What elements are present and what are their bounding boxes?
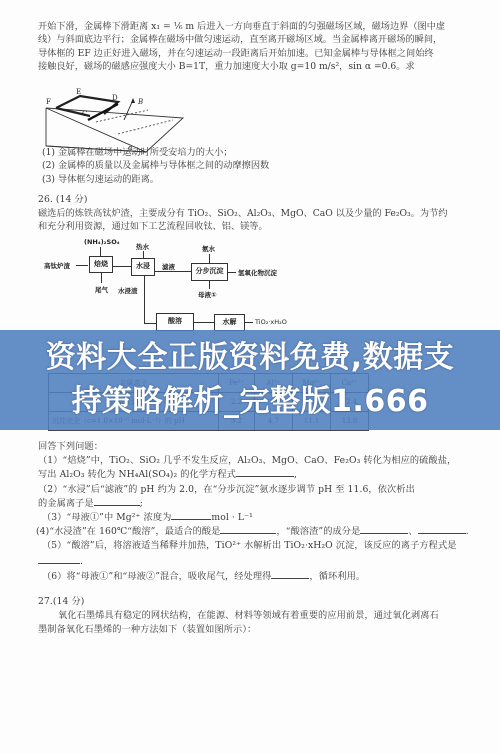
banner-title-line2: 持策略解析_完整版1.666 xyxy=(0,382,500,422)
document-page: 开始下滑，金属棒下滑距离 x₁ = ⅙ m 后进入一方向垂直于斜面的匀强磁场区域… xyxy=(0,0,500,754)
q26-6: （6）将“母液①”和“母液②”混合，吸收尾气，经处理得，循环利用。 xyxy=(42,570,365,583)
reagent-ammonia: 氨水 xyxy=(202,244,215,253)
q26-2-line1: （2）“水浸”后“滤液”的 pH 约为 2.0，在“分步沉淀”氨水逐步调节 pH… xyxy=(38,483,415,496)
answer-blank xyxy=(271,570,309,579)
answer-blank xyxy=(220,525,276,534)
input-slag: 高钛炉渣 xyxy=(44,261,70,270)
label-B: B xyxy=(137,98,143,106)
box-water-leach: 水浸 xyxy=(131,258,155,276)
answer-blank xyxy=(418,525,466,534)
q26-3-unit: mol · L⁻¹ xyxy=(211,512,252,523)
text-line: 开始下滑，金属棒下滑距离 x₁ = ⅙ m 后进入一方向垂直于斜面的匀强磁场区域… xyxy=(38,20,445,33)
q26-1-line1: （1）“焙烧”中，TiO₂、SiO₂ 几乎不发生反应，Al₂O₃、MgO、CaO… xyxy=(38,454,456,467)
q26-4-text2: ，“酸溶渣”的成分是 xyxy=(276,526,360,537)
q26-5-blank-line: . xyxy=(38,555,83,568)
answer-blank xyxy=(236,468,294,477)
problem27-intro-line1: 氧化石墨烯具有稳定的网状结构，在能源、材料等领域有着重要的应用前景，通过氧化剥离… xyxy=(58,609,439,622)
q26-6-text2: ，循环利用。 xyxy=(309,571,365,582)
text-line: 接触良好，磁场的磁感应强度大小 B=1T，重力加速度大小取 g=10 m/s²，… xyxy=(38,60,445,73)
label-F: F xyxy=(46,98,51,106)
question-2: (2) 金属棒的质量以及金属棒与导体框之间的动摩擦因数 xyxy=(42,159,269,172)
problem27-header: 27.(14 分) xyxy=(38,595,84,608)
reagent-hot-water: 热水 xyxy=(136,242,149,251)
box-roasting: 焙烧 xyxy=(89,256,113,273)
label-leach-residue: 水浸渣 xyxy=(118,286,138,295)
box-stepwise-precipitation: 分步沉淀 xyxy=(191,263,228,281)
q26-4-text: (4)“水浸渣”在 160℃“酸溶”，最适合的酸是 xyxy=(36,526,220,537)
label-D: D xyxy=(112,94,118,102)
q26-3: （3）“母液①”中 Mg²⁺ 浓度为mol · L⁻¹ xyxy=(42,511,253,524)
problem26-header: 26. (14 分) xyxy=(38,193,88,206)
problem27-intro-line2: 墨制备氧化石墨烯的一种方法如下（装置如图所示）： xyxy=(38,623,256,636)
answer-blank xyxy=(94,497,140,506)
label-filtrate: 滤液 xyxy=(162,262,175,271)
q26-6-text: （6）将“母液①”和“母液②”混合，吸收尾气，经处理得 xyxy=(42,571,271,582)
banner-title-line1: 资料大全正版资料免费,数据支 xyxy=(0,338,500,378)
overlay-banner: 资料大全正版资料免费,数据支 持策略解析_完整版1.666 xyxy=(0,330,500,430)
text-line: 磁选后的炼铁高钛炉渣，主要成分有 TiO₂、SiO₂、Al₂O₃、MgO、CaO… xyxy=(38,207,447,220)
q26-2-text: 的金属离子是 xyxy=(38,498,94,509)
text-line: 线）与斜面底边平行；金属棒在磁场中做匀速运动，直至离开磁场区域。当金属棒离开磁场… xyxy=(38,33,445,46)
text-line: 和充分利用资源，通过如下工艺流程回收钛、铝、镁等。 xyxy=(38,220,447,233)
q26-3-text: （3）“母液①”中 Mg²⁺ 浓度为 xyxy=(42,512,171,523)
box-hydrolysis: 水解 xyxy=(214,314,245,331)
problem25-questions: (1) 金属棒在磁场中运动时所受安培力的大小； (2) 金属棒的质量以及金属棒与… xyxy=(42,146,269,186)
problem25-text: 开始下滑，金属棒下滑距离 x₁ = ⅙ m 后进入一方向垂直于斜面的匀强磁场区域… xyxy=(38,20,445,73)
q26-2-line2: 的金属离子是; xyxy=(38,497,143,510)
q26-1-line2: 写出 Al₂O₃ 转化为 NH₄Al(SO₄)₂ 的化学方程式, xyxy=(38,468,297,481)
answer-blank xyxy=(360,525,408,534)
q26-5: （5）“酸溶”后，将溶液适当稀释并加热，TiO²⁺ 水解析出 TiO₂·xH₂O… xyxy=(42,539,457,552)
answer-blank xyxy=(38,555,80,564)
process-flowchart: (NH₄)₂SO₄ 高钛炉渣 焙烧 尾气 热水 水浸 滤液 水浸渣 氨水 分步沉… xyxy=(0,236,500,336)
output-tail-gas: 尾气 xyxy=(95,285,108,294)
product-tio2-hydrate: TiO₂·xH₂O xyxy=(255,318,287,326)
answer-prompt: 回答下列问题： xyxy=(38,440,103,453)
label-mother-liquor-1: 母液① xyxy=(198,290,217,299)
answer-blank xyxy=(171,511,211,520)
question-1: (1) 金属棒在磁场中运动时所受安培力的大小； xyxy=(42,146,269,159)
problem26-intro: 磁选后的炼铁高钛炉渣，主要成分有 TiO₂、SiO₂、Al₂O₃、MgO、CaO… xyxy=(38,207,447,234)
box-acid-dissolve: 酸溶 xyxy=(156,313,194,331)
q26-4: (4)“水浸渣”在 160℃“酸溶”，最适合的酸是，“酸溶渣”的成分是、. xyxy=(36,525,469,538)
text-line: 导体框的 EF 边正好进入磁场，并在匀速运动一段距离后开始加速。已知金属棒与导体… xyxy=(38,47,445,60)
label-C: C xyxy=(82,110,87,118)
label-E: E xyxy=(76,88,81,96)
reagent-ammonium-sulfate: (NH₄)₂SO₄ xyxy=(84,238,120,246)
q26-1-text: 写出 Al₂O₃ 转化为 NH₄Al(SO₄)₂ 的化学方程式 xyxy=(38,469,236,480)
product-hydroxide-precipitate: 氢氧化物沉淀 xyxy=(238,268,277,277)
question-3: (3) 导体框匀速运动的距离。 xyxy=(42,173,269,186)
